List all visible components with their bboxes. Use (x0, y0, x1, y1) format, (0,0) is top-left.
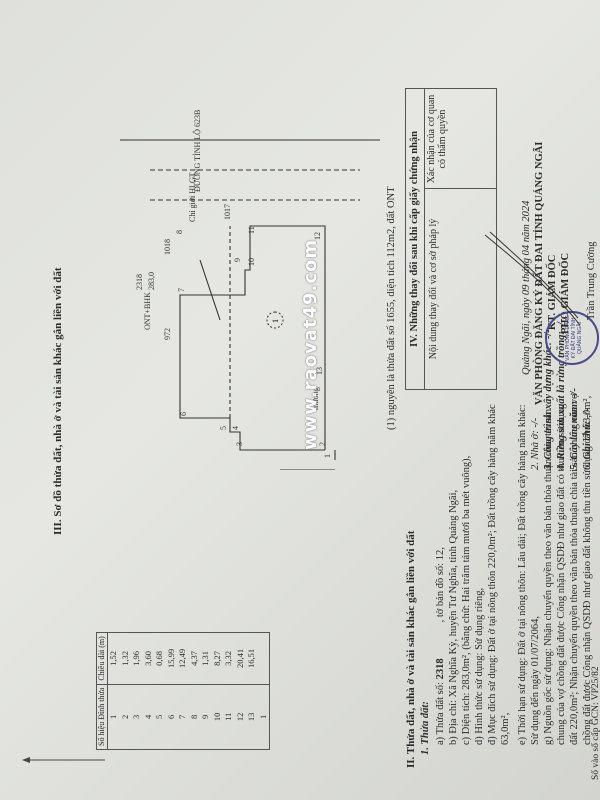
table-row: 21,32 (120, 633, 132, 750)
length-cell: 1,52 (108, 633, 120, 684)
table-row: 31,96 (131, 633, 143, 750)
svg-text:1: 1 (323, 454, 332, 458)
usage-term-line-2: Sử dụng đến ngày 01/07/2064, (529, 616, 542, 745)
vertex-cell: 11 (223, 684, 235, 749)
length-cell (258, 633, 270, 684)
table-row: 1316,51 (246, 633, 258, 750)
note-marker: 1 (271, 319, 280, 323)
length-cell: 1,32 (120, 633, 132, 684)
map-sheet: , tờ bản đồ số: 12, (435, 547, 446, 622)
certificate-page: II. Thửa đất, nhà ở và tài sản khác gắn … (0, 0, 600, 800)
vertex-cell: 10 (212, 684, 224, 749)
land-parcel-heading: 1. Thửa đất: (419, 701, 432, 755)
diagram-note: (1) nguyên là thửa đất số 1655, diện tíc… (385, 186, 398, 430)
neighbor-1018: 1018 (163, 239, 172, 255)
parcel-number-value: 2318 (435, 658, 446, 679)
parcel-number-label: a) Thửa đất số: (435, 679, 446, 745)
section-iii-title: III. Sơ đồ thửa đất, nhà ở và tài sản kh… (52, 267, 64, 535)
parcel-number-line: a) Thửa đất số: 2318, tờ bản đồ số: 12, (434, 547, 447, 745)
length-cell: 15,99 (166, 633, 178, 684)
col-vertex: Số hiệu Đỉnh thửa (97, 684, 108, 749)
length-cell: 4,37 (189, 633, 201, 684)
table-row: 712,49 (177, 633, 189, 750)
parcel-number: 2318 (135, 274, 144, 290)
note-item: 6. Ghi chú: -/- (581, 408, 594, 470)
parcel-area: 283,0 (147, 272, 156, 290)
length-cell: 1,31 (200, 633, 212, 684)
parcel-diagram: 123 456 789 101112 13 Chỉ giới HLGT ĐƯỜN… (80, 110, 380, 470)
length-cell: 3,60 (143, 633, 155, 684)
note-marker-text: (1) (386, 415, 397, 430)
svg-text:5: 5 (219, 426, 228, 430)
length-cell: 20,41 (235, 633, 247, 684)
signature-stroke (480, 230, 590, 330)
length-cell: 0,68 (154, 633, 166, 684)
svg-text:9: 9 (233, 258, 242, 262)
length-cell: 8,27 (212, 633, 224, 684)
address-line: b) Địa chỉ: Xã Nghĩa Kỳ, huyện Tư Nghĩa,… (447, 490, 460, 745)
length-cell: 16,51 (246, 633, 258, 684)
vertex-cell: 13 (246, 684, 258, 749)
usage-term-line: e) Thời hạn sử dụng: Đất ở tại nông thôn… (516, 404, 529, 745)
length-cell: 12,49 (177, 633, 189, 684)
usage-purpose-line-2: 63,0m², (499, 713, 512, 745)
changes-col-confirm: Xác nhận của cơ quancó thẩm quyền (426, 89, 448, 189)
svg-text:10: 10 (247, 258, 256, 266)
length-cell: 3,32 (223, 633, 235, 684)
parcel-land-type: ONT+BHK (143, 292, 152, 330)
vertex-cell: 1 (108, 684, 120, 749)
changes-col-content: Nội dung thay đổi và cơ sở pháp lý (428, 189, 439, 389)
vertex-cell: 12 (235, 684, 247, 749)
svg-text:3: 3 (235, 442, 244, 446)
table-row: 1220,41 (235, 633, 247, 750)
neighbor-972: 972 (163, 328, 172, 340)
watermark: www.raovat49.com (300, 239, 321, 450)
usage-purpose-line: đ) Mục đích sử dụng: Đất ở tại nông thôn… (486, 404, 499, 745)
vertex-cell: 9 (200, 684, 212, 749)
vertex-cell: 4 (143, 684, 155, 749)
svg-text:6: 6 (179, 412, 188, 416)
vertex-cell: 5 (154, 684, 166, 749)
signatory-name: Trần Trung Cường (585, 241, 598, 320)
road-label: ĐƯỜNG TỈNH LỘ 623B (192, 110, 202, 192)
length-cell: 1,96 (131, 633, 143, 684)
table-row: 11,52 (108, 633, 120, 750)
svg-text:8: 8 (175, 230, 184, 234)
table-row: 113,32 (223, 633, 235, 750)
usage-form-line: d) Hình thức sử dụng: Sử dụng riêng, (473, 588, 486, 745)
section-ii-title: II. Thửa đất, nhà ở và tài sản khác gắn … (405, 531, 417, 768)
vertex-cell: 6 (166, 684, 178, 749)
svg-text:7: 7 (177, 288, 186, 292)
table-row: 43,60 (143, 633, 155, 750)
neighbor-1017: 1017 (223, 204, 232, 220)
svg-text:11: 11 (247, 226, 256, 234)
registry-number: Số vào sổ cấp GCN: VP25/82 (590, 666, 600, 780)
area-line: c) Diện tích: 283,0m², (bằng chữ: Hai tr… (460, 456, 473, 745)
table-row: 50,68 (154, 633, 166, 750)
vertex-cell: 8 (189, 684, 201, 749)
vertex-cell: 1 (258, 684, 270, 749)
table-row: 84,37 (189, 633, 201, 750)
svg-text:4: 4 (231, 426, 240, 430)
vertex-length-table: Số hiệu Đỉnh thửa Chiều dài (m) 11,5221,… (96, 632, 270, 750)
table-row: 1 (258, 633, 270, 750)
table-row: 108,27 (212, 633, 224, 750)
photo-frame: II. Thửa đất, nhà ở và tài sản khác gắn … (0, 0, 600, 800)
col-length: Chiều dài (m) (97, 633, 108, 684)
section-iv-title: IV. Những thay đổi sau khi cấp giấy chứn… (406, 89, 425, 389)
table-row: 91,31 (200, 633, 212, 750)
vertex-cell: 3 (131, 684, 143, 749)
table-row: 615,99 (166, 633, 178, 750)
vertex-cell: 7 (177, 684, 189, 749)
house-item: 2. Nhà ở: -/- (529, 418, 542, 470)
vertex-cell: 2 (120, 684, 132, 749)
perennial-item: 5. Cây lâu năm: -/- (568, 388, 581, 470)
